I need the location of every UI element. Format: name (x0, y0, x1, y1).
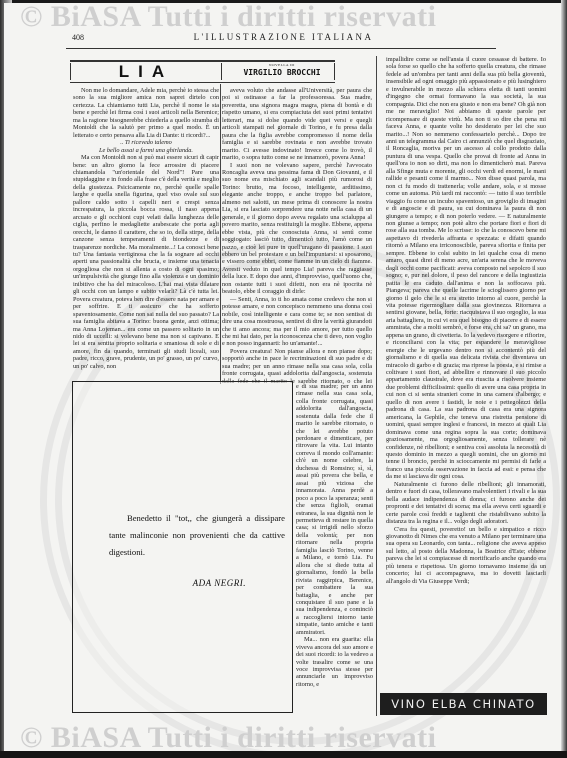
paragraph: Povera creatura! Non pianse allora e non… (296, 383, 373, 636)
author-name: VIRGILIO BROCCHI (230, 68, 334, 78)
paragraph: impallidire come se nell'ansia il cuore … (386, 56, 546, 481)
scan-bottom-edge (0, 751, 567, 758)
paragraph: C'era fra questi, poveretto! un bello e … (386, 526, 546, 586)
paragraph: Ma con Montoldi non si può mai essere si… (73, 154, 219, 370)
paragraph: aveva voluto che andasse all'Università,… (222, 87, 372, 162)
page-edge-shadow (561, 0, 567, 758)
byline: NOVELLA DI VIRGILIO BROCCHI (230, 63, 335, 80)
running-head: L'ILLUSTRAZIONE ITALIANA (0, 32, 567, 42)
story-title-box: LIA NOVELLA DI VIRGILIO BROCCHI (70, 60, 335, 83)
paragraph: Naturalmente ci furono delle ribellioni;… (386, 481, 546, 526)
story-title: LIA (70, 63, 222, 80)
paragraph: — Senti, Anna, io ti ho amata come crede… (222, 296, 372, 348)
advertisement-signature: ADA NEGRI. (193, 578, 246, 588)
text-column-1: Non me lo domandare, Adele mia, perchè i… (73, 87, 219, 385)
advertisement-quote: Benedetto il "tot,, che giungerà a dissi… (109, 510, 285, 561)
text-column-2: aveva voluto che andasse all'Università,… (222, 87, 372, 385)
verse-line: Le bello assai a farmi una ghirlanda. (73, 147, 219, 154)
paragraph: Ma... non era guarita: ella viveva ancor… (296, 636, 373, 688)
paragraph: Non me lo domandare, Adele mia, perchè i… (73, 87, 219, 139)
header-rule (66, 48, 496, 49)
column-rule (376, 56, 377, 716)
advertisement-box: Benedetto il "tot,, che giungerà a dissi… (72, 381, 293, 713)
product-banner: VINO ELBA CHINATO (380, 693, 547, 715)
watermark-top: © BiASA Tutti i diritti riservati (20, 0, 436, 34)
paragraph: I suoi non ne volevano sapere, perchè l'… (222, 162, 372, 296)
watermark-bottom: © BiASA Tutti i diritti riservati (20, 721, 436, 755)
column-rule (220, 84, 221, 384)
text-column-2-continued: Povera creatura! Non pianse allora e non… (296, 383, 373, 713)
text-column-3: impallidire come se nell'ansia il cuore … (386, 56, 546, 694)
paragraph: Povera creatura! Non pianse allora e non… (222, 348, 372, 385)
verse-line: .. Ti ricevedo talemo (73, 139, 219, 146)
